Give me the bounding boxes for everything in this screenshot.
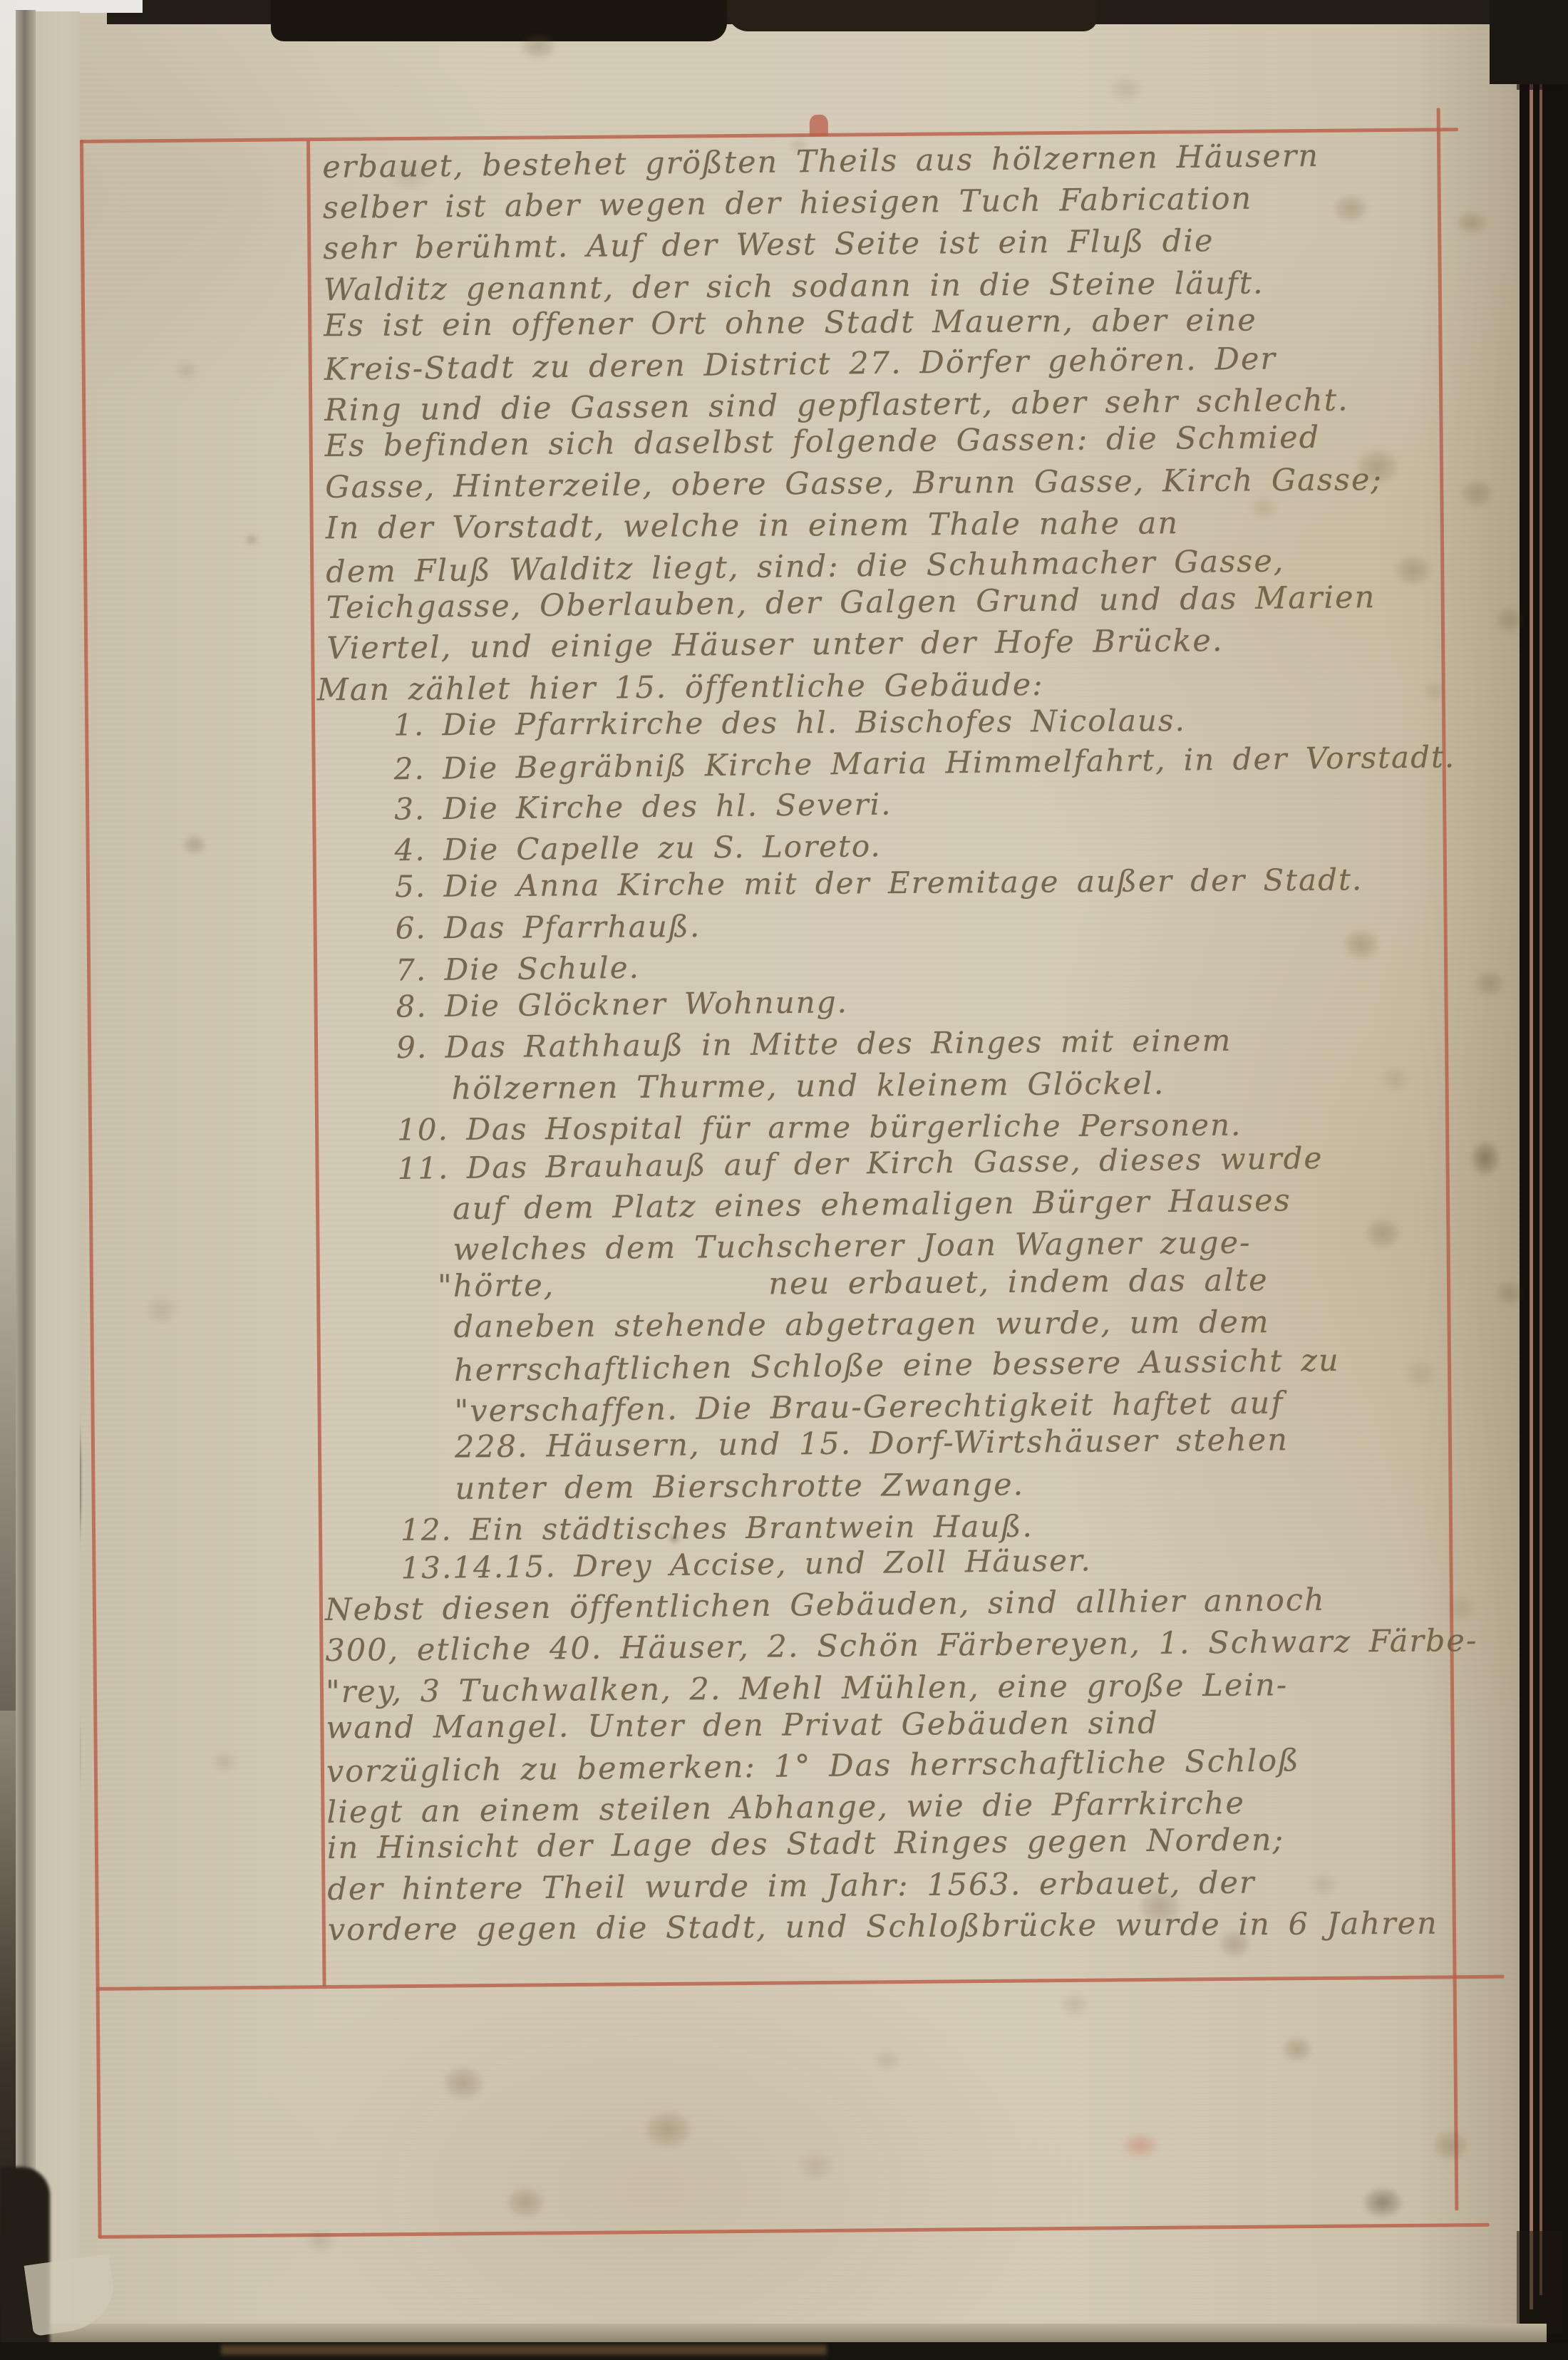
manuscript-line: auf dem Platz eines ehemaligen Bürger Ha… (453, 1186, 1291, 1225)
list-line: 11. Das Brauhauß auf der Kirch Gasse, di… (397, 1143, 1323, 1184)
stain (1354, 2181, 1411, 2224)
stain (499, 2181, 552, 2224)
list-line: 1. Die Pfarrkirche des hl. Bischofes Nic… (393, 706, 1186, 741)
ruled-border-right (1437, 108, 1459, 2210)
manuscript-line: Es befinden sich daselbst folgende Gasse… (325, 423, 1321, 462)
red-ink-blot (810, 115, 828, 136)
manuscript-line: Gasse, Hinterzeile, obere Gasse, Brunn G… (325, 465, 1383, 503)
manuscript-line: Es ist ein offener Ort ohne Stadt Mauern… (324, 305, 1257, 341)
stain (1212, 1924, 1258, 1964)
manuscript-line: erbauet, bestehet größten Theils aus höl… (322, 141, 1319, 183)
stain (1326, 189, 1376, 228)
manuscript-line: Ring und die Gassen sind gepflastert, ab… (324, 386, 1349, 427)
list-line: 4. Die Capelle zu S. Loreto. (395, 832, 882, 866)
ruled-writing-area: erbauet, bestehet größten Theils aus höl… (0, 0, 1568, 2360)
stain (1115, 2128, 1165, 2163)
manuscript-line: unter dem Bierschrotte Zwange. (455, 1470, 1024, 1505)
manuscript-line: Nebst diesen öffentlichen Gebäuden, sind… (325, 1585, 1326, 1626)
stain (1490, 602, 1529, 638)
manuscript-line: vordere gegen die Stadt, und Schloßbrück… (328, 1908, 1438, 1945)
manuscript-line: hölzernen Thurme, und kleinem Glöckel. (451, 1068, 1165, 1104)
stain (1397, 1354, 1443, 1393)
handwritten-text-block: erbauet, bestehet größten Theils aus höl… (0, 0, 1567, 1)
stain (1454, 474, 1500, 513)
manuscript-line: Man zählet hier 15. öffentliche Gebäude: (317, 670, 1044, 706)
manuscript-line: Teichgasse, Oberlauben, der Galgen Grund… (326, 582, 1376, 624)
list-line: 9. Das Rathhauß in Mitte des Ringes mit … (396, 1026, 1232, 1063)
list-line: 7. Die Schule. (396, 953, 640, 986)
list-line: 3. Die Kirche des hl. Severi. (394, 790, 892, 825)
manuscript-line: In der Vorstadt, welche in einem Thale n… (326, 508, 1180, 544)
manuscript-line: liegt an einem steilen Abhange, wie die … (326, 1788, 1245, 1828)
manuscript-line: sehr berühmt. Auf der West Seite ist ein… (323, 227, 1214, 265)
inserted-word: "hörte, (438, 1267, 555, 1304)
manuscript-line: 300, etliche 40. Häuser, 2. Schön Färber… (325, 1626, 1477, 1666)
manuscript-line: "verschaffen. Die Brau-Gerechtigkeit haf… (454, 1388, 1284, 1428)
ruled-border-left (80, 140, 102, 2238)
stain (1418, 677, 1450, 706)
list-line: 2. Die Begräbniß Kirche Maria Himmelfahr… (393, 742, 1455, 784)
stain (1425, 2124, 1475, 2167)
stain (870, 2046, 905, 2074)
stain (1347, 442, 1408, 492)
stain (1244, 492, 1283, 524)
stain (513, 29, 563, 64)
stain (299, 2224, 342, 2258)
list-line: 13.14.15. Drey Accise, und Zoll Häuser. (401, 1545, 1092, 1583)
stain (242, 531, 261, 548)
list-line: 8. Die Glöckner Wohnung. (396, 987, 848, 1021)
stain (1358, 1212, 1408, 1254)
stain (1465, 1133, 1506, 1183)
stain (1386, 549, 1440, 592)
stain (1276, 2031, 1319, 2067)
stain (207, 1746, 242, 1778)
stain (178, 830, 211, 859)
stain (1450, 207, 1493, 239)
stain (1490, 1276, 1529, 1310)
manuscript-line: wand Mangel. Unter den Privat Gebäuden s… (326, 1708, 1158, 1743)
manuscript-line: daneben stehende abgetragen wurde, um de… (453, 1307, 1269, 1343)
stain (1440, 1589, 1482, 1627)
line-continuation: neu erbauet, indem das alte (768, 1265, 1269, 1299)
ruled-margin-divider (306, 140, 326, 1987)
manuscript-line: 228. Häusern, und 15. Dorf-Wirtshäuser s… (455, 1426, 1289, 1463)
stain (784, 135, 813, 157)
manuscript-line: der hintere Theil wurde im Jahr: 1563. e… (327, 1867, 1255, 1905)
stain (139, 1290, 185, 1330)
manuscript-line: selber ist aber wegen der hiesigen Tuch … (323, 184, 1253, 224)
stain (1336, 923, 1386, 966)
book-scan: erbauet, bestehet größten Theils aus höl… (0, 0, 1568, 2360)
stain (1101, 71, 1151, 107)
manuscript-line: "hörte,neu erbauet, indem das alte (438, 1265, 1269, 1302)
stain (1304, 1867, 1343, 1902)
manuscript-line: Kreis-Stadt zu deren District 27. Dörfer… (324, 344, 1277, 385)
stain (1468, 966, 1511, 1001)
stain (791, 2145, 841, 2187)
stain (435, 2060, 492, 2106)
stain (1376, 1062, 1415, 1096)
stain (171, 356, 202, 385)
list-line: 12. Ein städtisches Brantwein Hauß. (401, 1511, 1033, 1545)
stain (1130, 1882, 1190, 1932)
stain (666, 1532, 682, 1545)
stain (634, 2103, 702, 2156)
list-line: 5. Die Anna Kirche mit der Eremitage auß… (395, 865, 1363, 902)
stain (1055, 1989, 1094, 2021)
manuscript-line: vorzüglich zu bemerken: 1° Das herrschaf… (326, 1746, 1300, 1788)
list-line: 10. Das Hospital für arme bürgerliche Pe… (397, 1110, 1242, 1145)
stain (378, 153, 442, 196)
ruled-line-text-end (96, 1975, 1505, 1991)
manuscript-line: "rey, 3 Tuchwalken, 2. Mehl Mühlen, eine… (326, 1670, 1289, 1708)
manuscript-line: Walditz genannt, der sich sodann in die … (324, 268, 1264, 306)
list-line: 6. Das Pfarrhauß. (396, 912, 701, 944)
manuscript-line: herrschaftlichen Schloße eine bessere Au… (454, 1346, 1340, 1386)
manuscript-line: welches dem Tuchscherer Joan Wagner zuge… (453, 1228, 1251, 1266)
manuscript-line: Viertel, und einige Häuser unter der Hof… (326, 626, 1224, 664)
manuscript-line: in Hinsicht der Lage des Stadt Ringes ge… (327, 1825, 1285, 1865)
